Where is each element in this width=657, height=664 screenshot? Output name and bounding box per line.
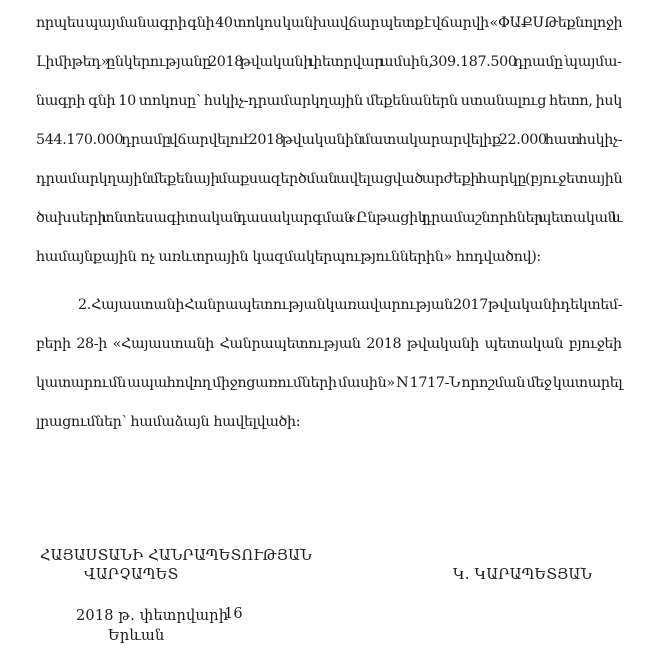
signatory-title-line-2: ՎԱՐՉԱՊԵՏ bbox=[84, 566, 178, 584]
paragraph-1-line: 544.170.000 դրամը վճարվելու է 2018 թվակա… bbox=[36, 131, 622, 149]
paragraph-2-line: լրացումներ՝ համաձայն հավելվածի: bbox=[36, 413, 622, 431]
city-name: Երևան bbox=[108, 627, 164, 645]
paragraph-2-line: կատարումն ապահովող միջոցառումների մասին»… bbox=[36, 374, 622, 392]
date-day: 16 bbox=[224, 605, 243, 623]
document-page: որպես պայմանագրի գնի 40 տոկոս կանխավճար … bbox=[0, 0, 657, 664]
paragraph-1-line: ծախսերի տնտեսագիտական դասակարգման «Ընթաց… bbox=[36, 209, 622, 227]
paragraph-1-line: որպես պայմանագրի գնի 40 տոկոս կանխավճար … bbox=[36, 14, 622, 32]
date-text: 2018 թ. փետրվարի bbox=[76, 607, 228, 625]
paragraph-1-line: համայնքային ոչ առևտրային կազմակերպությու… bbox=[36, 248, 622, 266]
paragraph-1-line: նագրի գնի 10 տոկոսը՝ հսկիչ-դրամարկղային … bbox=[36, 92, 622, 110]
signatory-title-line-1: ՀԱՅԱՍՏԱՆԻ ՀԱՆՐԱՊԵՏՈՒԹՅԱՆ bbox=[40, 547, 312, 565]
paragraph-2-line: 2. Հայաստանի Հանրապետության կառավարությա… bbox=[78, 296, 622, 314]
signatory-name: Կ. ԿԱՐԱՊԵՏՅԱՆ bbox=[453, 566, 592, 584]
paragraph-1-line: դրամարկղային մեքենայի մաքսազերծման ավելա… bbox=[36, 170, 622, 188]
paragraph-2-line: բերի 28-ի «Հայաստանի Հանրապետության 2018… bbox=[36, 335, 622, 353]
paragraph-1-line: Լիմիթեդ» ընկերությանը 2018 թվականի փետրվ… bbox=[36, 53, 622, 71]
